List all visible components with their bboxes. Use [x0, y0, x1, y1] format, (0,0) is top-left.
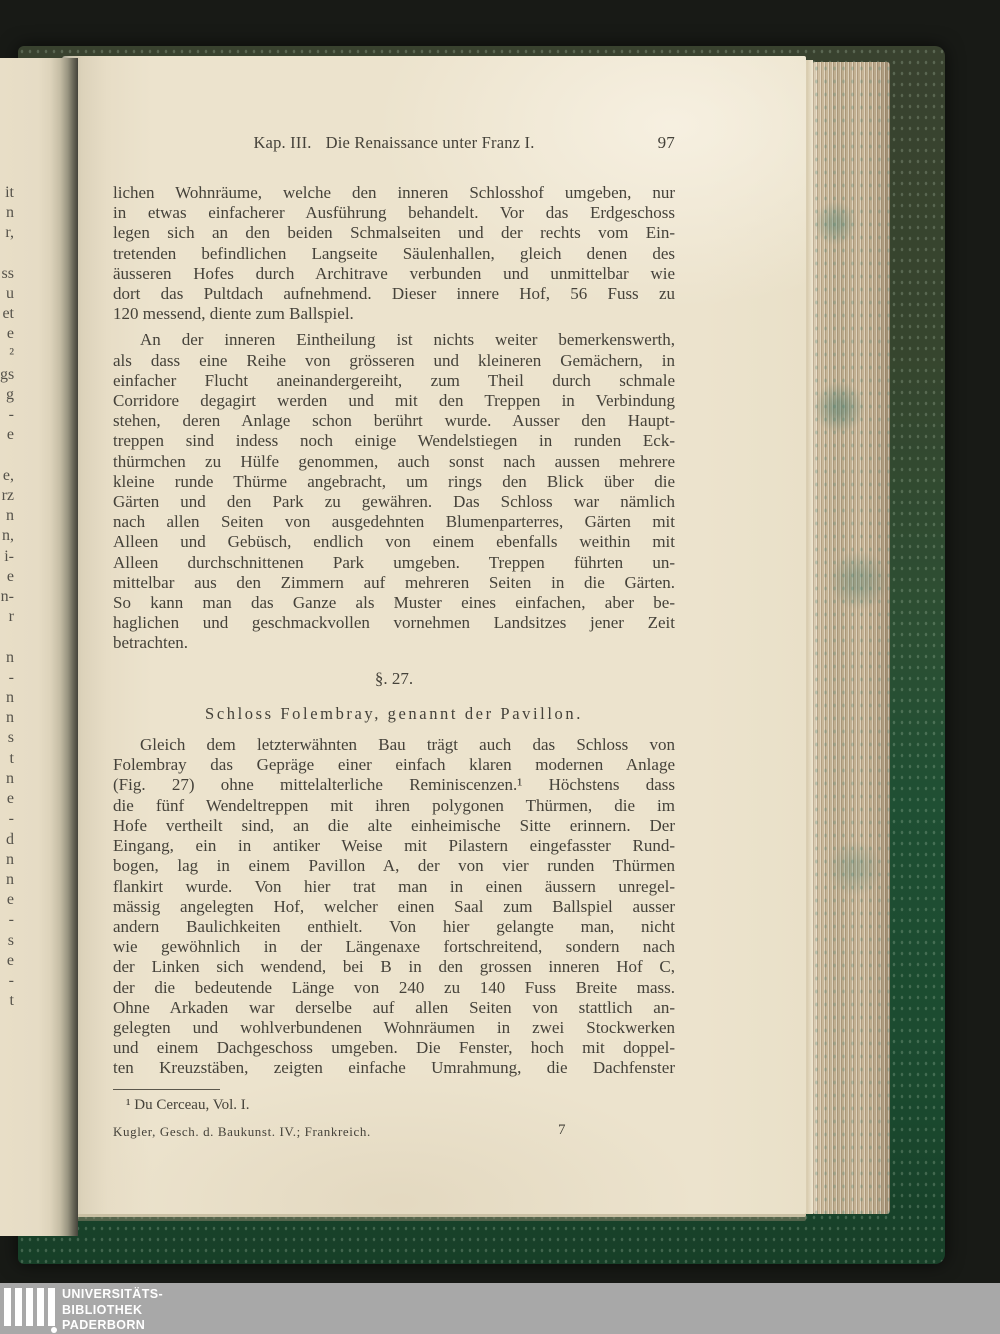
- page-number: 97: [658, 133, 675, 153]
- logo-bar: [4, 1288, 11, 1326]
- facing-line-fragment: -: [0, 971, 14, 991]
- facing-line-fragment: n-: [0, 587, 14, 607]
- paragraph: Gleich dem letzterwähnten Bau trägt auch…: [113, 735, 675, 1078]
- library-name-line: UNIVERSITÄTS-: [62, 1287, 163, 1303]
- facing-line-fragment: r: [0, 607, 14, 627]
- facing-line-fragment: e: [0, 567, 14, 587]
- text-line: Gleich dem letzterwähnten Bau trägt auch…: [113, 735, 675, 755]
- facing-line-fragment: e: [0, 951, 14, 971]
- text-line: der die bedeutende Länge von 240 zu 140 …: [113, 978, 675, 998]
- text-line: ten Kreuzstäben, zeigten einfache Umrahm…: [113, 1058, 675, 1078]
- page-content: Kap. III.Die Renaissance unter Franz I. …: [62, 56, 806, 1214]
- facing-line-fragment: -: [0, 668, 14, 688]
- paragraph: lichen Wohnräume, welche den inneren Sch…: [113, 183, 675, 324]
- text-line: treppen sind indess noch einige Wendelst…: [113, 431, 675, 451]
- library-name-line: PADERBORN: [62, 1318, 163, 1334]
- facing-line-fragment: t: [0, 991, 14, 1011]
- facing-line-fragment: g: [0, 385, 14, 405]
- facing-line-fragment: t: [0, 749, 14, 769]
- facing-line-fragment: n: [0, 506, 14, 526]
- facing-line-fragment: e: [0, 425, 14, 445]
- text-line: Corridore degagirt werden und mit den Tr…: [113, 391, 675, 411]
- facing-line-fragment: e,: [0, 466, 14, 486]
- signature-line: Kugler, Gesch. d. Baukunst. IV.; Frankre…: [113, 1122, 675, 1139]
- facing-line-fragment: e: [0, 890, 14, 910]
- facing-line-fragment: i-: [0, 547, 14, 567]
- book-scan-photo: { "header": { "chapter": "Kap. III.", "t…: [0, 0, 1000, 1334]
- facing-line-fragment: ss: [0, 264, 14, 284]
- facing-line-fragment: r,: [0, 223, 14, 243]
- text-line: Eingang, ein in antiker Weise mit Pilast…: [113, 836, 675, 856]
- text-line: gelegten und wohlverbundenen Wohnräumen …: [113, 1018, 675, 1038]
- text-line: flankirt wurde. Von hier trat man in ein…: [113, 877, 675, 897]
- facing-line-fragment: u: [0, 284, 14, 304]
- text-line: tretenden befindlichen Langseite Säulenh…: [113, 244, 675, 264]
- text-line: die fünf Wendeltreppen mit ihren polygon…: [113, 796, 675, 816]
- text-line: andern Baulichkeiten enthielt. Von hier …: [113, 917, 675, 937]
- text-line: An der inneren Eintheilung ist nichts we…: [113, 330, 675, 350]
- logo-bar: [26, 1288, 33, 1326]
- text-line: Folembray das Gepräge einer einfach klar…: [113, 755, 675, 775]
- text-line: als dass eine Reihe von grösseren und kl…: [113, 351, 675, 371]
- logo-bar: [48, 1288, 55, 1326]
- facing-line-fragment: s: [0, 931, 14, 951]
- text-line: äusseren Hofes durch Architrave verbunde…: [113, 264, 675, 284]
- text-line: So kann man das Ganze als Muster eines e…: [113, 593, 675, 613]
- text-line: lichen Wohnräume, welche den inneren Sch…: [113, 183, 675, 203]
- facing-line-fragment: n: [0, 769, 14, 789]
- facing-line-fragment: e: [0, 324, 14, 344]
- text-line: Gärten und den Park zu gewähren. Das Sch…: [113, 492, 675, 512]
- paragraph: An der inneren Eintheilung ist nichts we…: [113, 330, 675, 653]
- text-line: Alleen durchschnittenen Park umgeben. Tr…: [113, 553, 675, 573]
- text-line: und einem Dachgeschoss umgeben. Die Fens…: [113, 1038, 675, 1058]
- logo-bar: [37, 1288, 44, 1326]
- facing-line-fragment: d: [0, 830, 14, 850]
- facing-line-fragment: rz: [0, 486, 14, 506]
- text-line: betrachten.: [113, 633, 675, 653]
- chapter-label: Kap. III.: [253, 133, 311, 152]
- text-line: Ohne Arkaden war derselbe auf allen Seit…: [113, 998, 675, 1018]
- facing-line-fragment: ²: [0, 345, 14, 365]
- library-banner: UNIVERSITÄTS-BIBLIOTHEKPADERBORN: [0, 1283, 1000, 1334]
- facing-line-fragment: [0, 446, 14, 466]
- facing-line-fragment: it: [0, 183, 14, 203]
- facing-line-fragment: n: [0, 708, 14, 728]
- text-line: Alleen und Gebüsch, endlich von einem eb…: [113, 532, 675, 552]
- text-line: haglichen und geschmackvollen vornehmen …: [113, 613, 675, 633]
- facing-line-fragment: n: [0, 688, 14, 708]
- text-line: bogen, lag in einem Pavillon A, der von …: [113, 856, 675, 876]
- facing-line-fragment: e: [0, 789, 14, 809]
- sheet-number: 7: [558, 1120, 566, 1140]
- text-line: legen sich an den beiden Schmalseiten un…: [113, 223, 675, 243]
- library-logo: [4, 1288, 55, 1326]
- text-line: der Linken sich wendend, bei B in den gr…: [113, 957, 675, 977]
- text-line: mittelbar aus den Zimmern auf mehreren S…: [113, 573, 675, 593]
- facing-line-fragment: n,: [0, 526, 14, 546]
- text-line: mässig angelegten Hof, welcher einen Saa…: [113, 897, 675, 917]
- section-number: §. 27.: [113, 669, 675, 689]
- facing-line-fragment: s: [0, 728, 14, 748]
- facing-line-fragment: n: [0, 850, 14, 870]
- page-stack-fore-edge: [812, 62, 890, 1214]
- logo-dot-icon: [51, 1327, 57, 1333]
- text-line: kleine runde Thürme angebracht, um rings…: [113, 472, 675, 492]
- footnote: ¹ Du Cerceau, Vol. I.: [113, 1095, 675, 1115]
- text-line: (Fig. 27) ohne mittelalterliche Reminisc…: [113, 775, 675, 795]
- chapter-title: Die Renaissance unter Franz I.: [326, 133, 535, 152]
- text-line: in etwas einfacherer Ausführung behandel…: [113, 203, 675, 223]
- text-line: stehen, deren Anlage schon berührt wurde…: [113, 411, 675, 431]
- facing-line-fragment: n: [0, 870, 14, 890]
- facing-line-fragment: et: [0, 304, 14, 324]
- text-line: 120 messend, diente zum Ballspiel.: [113, 304, 675, 324]
- text-line: Hofe vertheilt sind, an die alte einheim…: [113, 816, 675, 836]
- text-line: thürmchen zu Hülfe genommen, auch sonst …: [113, 452, 675, 472]
- text-line: dort das Pultdach aufnehmend. Dieser inn…: [113, 284, 675, 304]
- facing-line-fragment: [0, 244, 14, 264]
- text-block: lichen Wohnräume, welche den inneren Sch…: [113, 183, 675, 1139]
- facing-line-fragment: n: [0, 648, 14, 668]
- facing-line-fragment: -: [0, 405, 14, 425]
- text-line: wie gewöhnlich in der Längenaxe fortschr…: [113, 937, 675, 957]
- facing-page-fragments: itnr, ssuete²gsg-e e,rznn,i-en-r n-nnstn…: [0, 183, 14, 1011]
- facing-line-fragment: gs: [0, 365, 14, 385]
- book-page: Kap. III.Die Renaissance unter Franz I. …: [62, 56, 806, 1214]
- facing-line-fragment: [0, 627, 14, 647]
- footnote-rule: [113, 1089, 220, 1090]
- printer-signature: Kugler, Gesch. d. Baukunst. IV.; Frankre…: [113, 1124, 371, 1139]
- section-title: Schloss Folembray, genannt der Pavillon.: [113, 704, 675, 724]
- logo-bar: [15, 1288, 22, 1326]
- text-line: nach allen Seiten von ausgedehnten Blume…: [113, 512, 675, 532]
- facing-line-fragment: -: [0, 910, 14, 930]
- running-header: Kap. III.Die Renaissance unter Franz I. …: [113, 133, 675, 153]
- facing-line-fragment: n: [0, 203, 14, 223]
- text-line: einfacher Flucht aneinandergereiht, zum …: [113, 371, 675, 391]
- facing-line-fragment: -: [0, 809, 14, 829]
- header-title: Kap. III.Die Renaissance unter Franz I.: [113, 133, 675, 153]
- library-name-line: BIBLIOTHEK: [62, 1303, 163, 1319]
- library-name: UNIVERSITÄTS-BIBLIOTHEKPADERBORN: [62, 1287, 163, 1334]
